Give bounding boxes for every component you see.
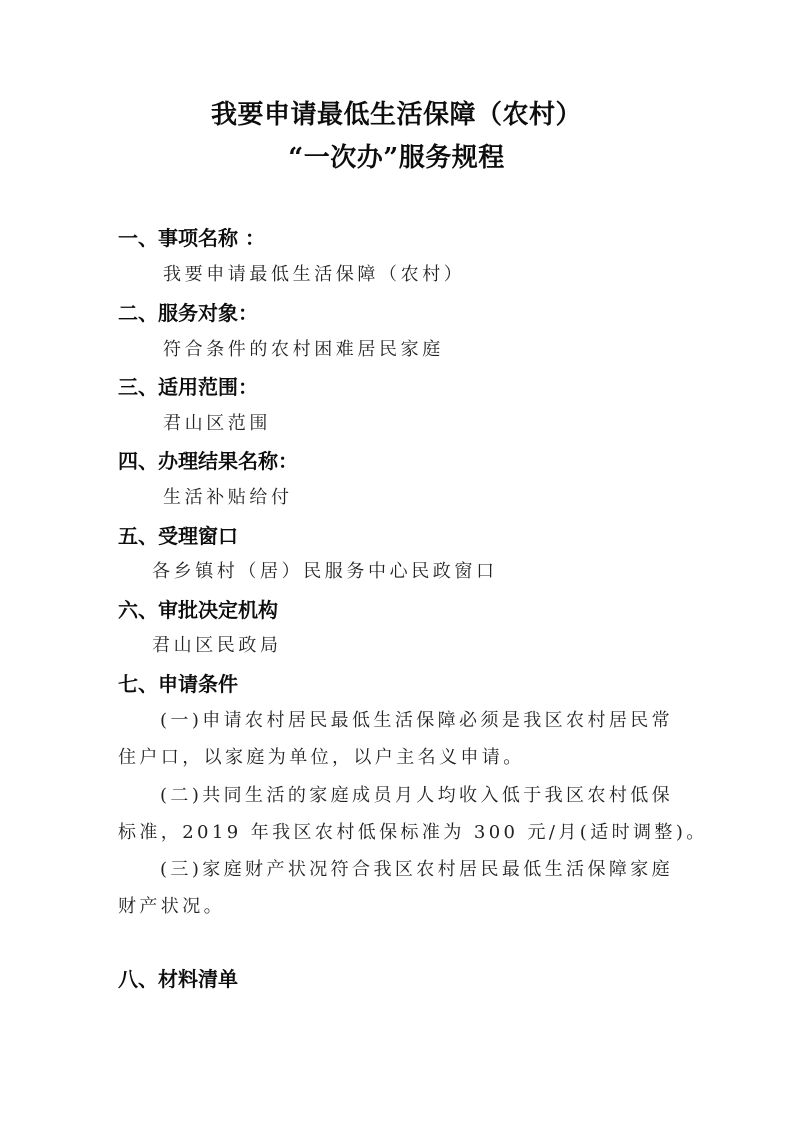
section-content-approval-authority: 君山区民政局 bbox=[152, 633, 282, 659]
condition-3-line1: (三)家庭财产状况符合我区农村居民最低生活保障家庭 bbox=[160, 857, 673, 883]
section-heading-materials-list: 八、材料清单 bbox=[118, 966, 238, 992]
condition-2-line1: (二)共同生活的家庭成员月人均收入低于我区农村低保 bbox=[160, 783, 673, 809]
section-heading-acceptance-window: 五、受理窗口 bbox=[118, 523, 238, 549]
section-content-result-name: 生活补贴给付 bbox=[163, 485, 293, 511]
section-content-acceptance-window: 各乡镇村（居）民服务中心民政窗口 bbox=[152, 559, 498, 585]
condition-3-line2: 财产状况。 bbox=[118, 894, 225, 920]
section-heading-item-name: 一、事项名称 ： bbox=[118, 225, 265, 251]
section-content-service-target: 符合条件的农村困难居民家庭 bbox=[163, 337, 444, 363]
section-heading-application-conditions: 七、申请条件 bbox=[118, 671, 238, 697]
document-title-line1: 我要申请最低生活保障（农村） bbox=[0, 100, 793, 130]
condition-2-line2: 标准，2019 年我区农村低保标准为 300 元/月(适时调整)。 bbox=[118, 820, 708, 846]
section-content-item-name: 我要申请最低生活保障（农村） bbox=[163, 262, 465, 288]
condition-1-line1: (一)申请农村居民最低生活保障必须是我区农村居民常 bbox=[160, 708, 673, 734]
section-heading-service-target: 二、服务对象： bbox=[118, 300, 258, 326]
condition-1-line2: 住户口，以家庭为单位，以户主名义申请。 bbox=[118, 745, 525, 771]
section-heading-result-name: 四、办理结果名称： bbox=[118, 448, 298, 474]
document-title-line2: “一次办”服务规程 bbox=[0, 143, 793, 173]
section-heading-approval-authority: 六、审批决定机构 bbox=[118, 597, 278, 623]
section-heading-scope: 三、适用范围： bbox=[118, 374, 258, 400]
section-content-scope: 君山区范围 bbox=[163, 411, 271, 437]
document-page: 我要申请最低生活保障（农村） “一次办”服务规程 一、事项名称 ： 我要申请最低… bbox=[0, 0, 793, 1122]
